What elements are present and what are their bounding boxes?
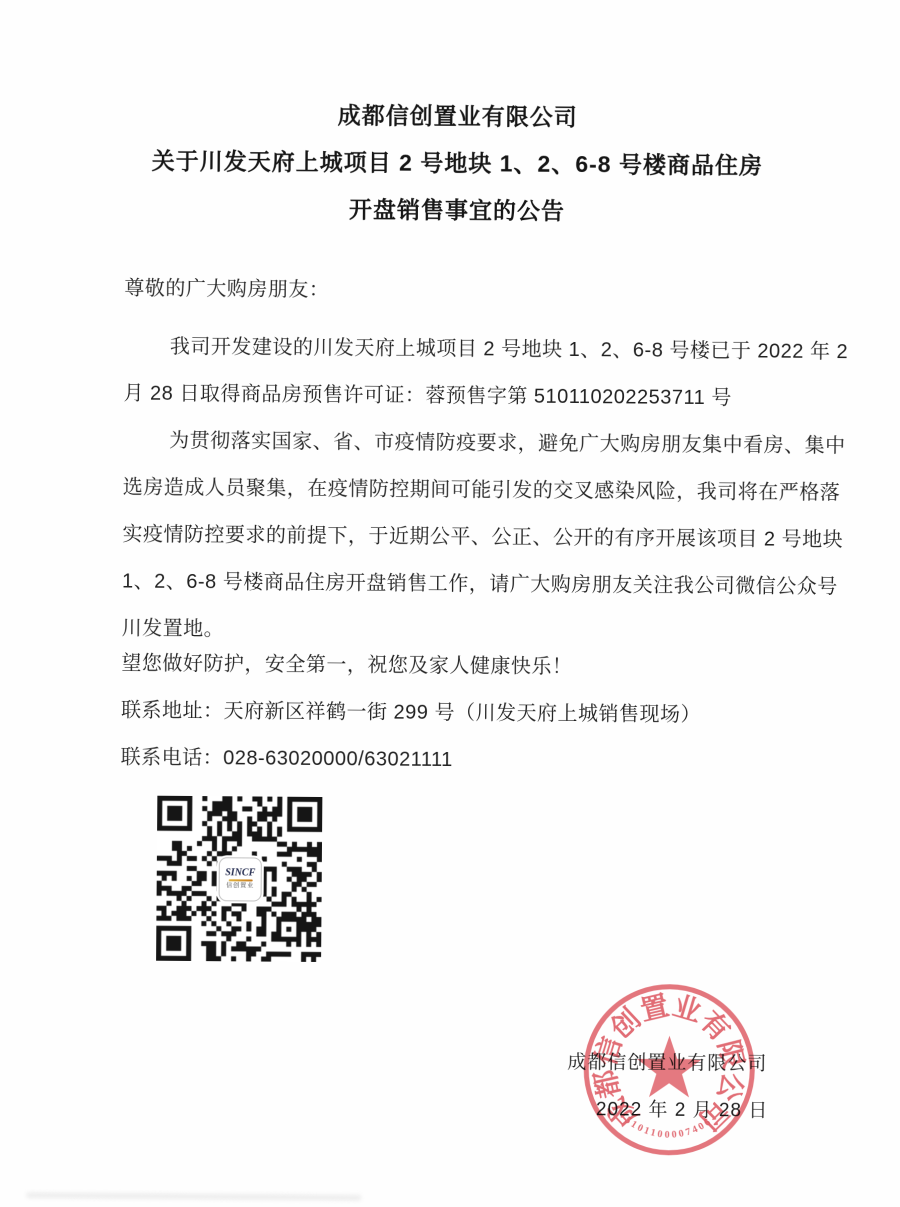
qr-logo: SINCF 信创置业 xyxy=(219,857,262,901)
contact-address: 联系地址：天府新区祥鹤一街 299 号（川发天府上城销售现场） xyxy=(121,687,701,739)
qr-logo-underline xyxy=(228,879,252,881)
paragraph-line: 实疫情防控要求的前提下，于近期公平、公正、公开的有序开展该项目 2 号地块 xyxy=(122,511,845,564)
document-title: 成都信创置业有限公司 关于川发天府上城项目 2 号地块 1、2、6-8 号楼商品… xyxy=(7,90,900,238)
paragraph-line: 为贯彻落实国家、省、市疫情防疫要求，避免广大购房朋友集中看房、集中 xyxy=(123,417,846,470)
paragraph-epidemic: 为贯彻落实国家、省、市疫情防疫要求，避免广大购房朋友集中看房、集中 选房造成人员… xyxy=(121,417,845,658)
document-page: 成都信创置业有限公司 关于川发天府上城项目 2 号地块 1、2、6-8 号楼商品… xyxy=(0,0,900,1207)
document-content: 成都信创置业有限公司 关于川发天府上城项目 2 号地块 1、2、6-8 号楼商品… xyxy=(0,0,900,1207)
paragraph-line: 我司开发建设的川发天府上城项目 2 号地块 1、2、6-8 号楼已于 2022 … xyxy=(124,323,849,376)
company-seal: 成都信创置业有限公司 5101100007406 xyxy=(573,974,764,1165)
qr-code: SINCF 信创置业 xyxy=(156,796,322,962)
wish-line: 望您做好防护，安全第一，祝您及家人健康快乐！ xyxy=(121,640,572,691)
paragraph-line: 1、2、6-8 号楼商品住房开盘销售工作，请广大购房朋友关注我公司微信公众号 xyxy=(122,558,845,611)
qr-logo-subtext: 信创置业 xyxy=(226,883,254,890)
title-line-company: 成都信创置业有限公司 xyxy=(8,90,900,144)
scan-artifact xyxy=(26,1193,361,1201)
salutation: 尊敬的广大购房朋友： xyxy=(124,273,329,305)
paragraph-license: 我司开发建设的川发天府上城项目 2 号地块 1、2、6-8 号楼已于 2022 … xyxy=(123,323,848,423)
contact-phone: 联系电话：028-63020000/63021111 xyxy=(120,734,452,784)
title-line-notice: 开盘销售事宜的公告 xyxy=(7,184,900,238)
seal-star-icon xyxy=(637,1035,702,1097)
qr-logo-text: SINCF xyxy=(225,868,255,878)
title-line-subject: 关于川发天府上城项目 2 号地块 1、2、6-8 号楼商品住房 xyxy=(7,137,900,191)
paragraph-line: 选房造成人员聚集，在疫情防控期间可能引发的交叉感染风险，我司将在严格落 xyxy=(123,464,846,517)
paragraph-line: 月 28 日取得商品房预售许可证：蓉预售字第 510110202253711 号 xyxy=(123,370,848,423)
